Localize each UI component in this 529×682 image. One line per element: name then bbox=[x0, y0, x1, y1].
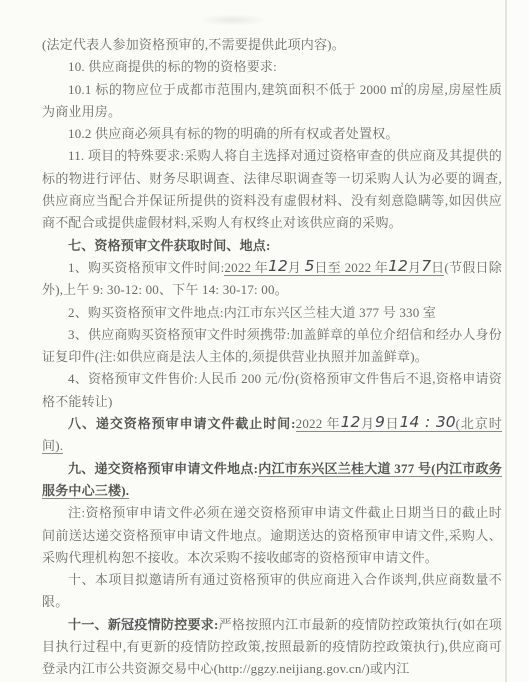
paragraph: 八、递交资格预审申请文件截止时间:2022 年12月9日14 : 30(北京时间… bbox=[42, 413, 502, 458]
text-run: 十一、新冠疫情防控要求: bbox=[68, 617, 219, 632]
paragraph: 十一、新冠疫情防控要求:严格按照内江市最新的疫情防控政策执行(如在项目执行过程中… bbox=[42, 614, 502, 681]
page-edge-line bbox=[505, 0, 507, 682]
text-run: 3、供应商购买资格预审文件时须携带:加盖鲜章的单位介绍信和经办人身份证复印件(注… bbox=[42, 327, 502, 364]
handwritten-text: 7 bbox=[421, 257, 431, 276]
text-run: (法定代表人参加资格预审的,不需要提供此项内容)。 bbox=[42, 37, 345, 52]
text-run: 八、递交资格预审申请文件截止时间: bbox=[68, 416, 296, 431]
text-run: 注:资格预审申请文件必须在递交资格预审申请文件截止日期当日的截止时间前送达递交资… bbox=[42, 505, 502, 565]
scan-background-strip bbox=[507, 0, 529, 682]
paragraph: 3、供应商购买资格预审文件时须携带:加盖鲜章的单位介绍信和经办人身份证复印件(注… bbox=[42, 324, 502, 369]
underlined-text: 日至 2022 年 bbox=[314, 260, 388, 276]
underlined-text: 日 bbox=[431, 260, 444, 276]
text-run: 4、资格预审文件售价:人民币 200 元/份(资格预审文件售后不退,资格申请资格… bbox=[42, 371, 502, 408]
text-run: 2、购买资格预审文件地点:内江市东兴区兰桂大道 377 号 330 室 bbox=[68, 305, 436, 320]
paragraph: 注:资格预审申请文件必须在递交资格预审申请文件截止日期当日的截止时间前送达递交资… bbox=[42, 502, 502, 569]
text-run: 1、购买资格预审文件时间: bbox=[68, 260, 224, 275]
paragraph: 2、购买资格预审文件地点:内江市东兴区兰桂大道 377 号 330 室 bbox=[42, 302, 502, 324]
underlined-text: 2022 年 bbox=[224, 260, 268, 276]
text-run: 10. 供应商提供的标的物的资格要求: bbox=[68, 59, 277, 74]
paragraph: 十、本项目拟邀请所有通过资格预审的供应商进入合作谈判,供应商数量不限。 bbox=[42, 569, 502, 614]
paragraph: (法定代表人参加资格预审的,不需要提供此项内容)。 bbox=[42, 34, 502, 56]
handwritten-text: 12 bbox=[388, 257, 408, 276]
text-run: 10.1 标的物应位于成都市范围内,建筑面积不低于 2000 ㎡的房屋,房屋性质… bbox=[42, 82, 502, 119]
underlined-text: 2022 年 bbox=[296, 416, 341, 432]
text-run: 七、资格预审文件获取时间、地点: bbox=[68, 238, 271, 253]
text-run: 十、本项目拟邀请所有通过资格预审的供应商进入合作谈判,供应商数量不限。 bbox=[42, 572, 502, 609]
text-run: 11. 项目的特殊要求:采购人将自主选择对通过资格审查的供应商及其提供的标的物进… bbox=[42, 148, 502, 230]
paragraph: 10. 供应商提供的标的物的资格要求: bbox=[42, 56, 502, 78]
paragraph: 七、资格预审文件获取时间、地点: bbox=[42, 235, 502, 257]
handwritten-text: 12 bbox=[341, 413, 361, 432]
handwritten-text: 5 bbox=[305, 257, 315, 276]
handwritten-text: 12 bbox=[268, 257, 288, 276]
paragraph: 10.1 标的物应位于成都市范围内,建筑面积不低于 2000 ㎡的房屋,房屋性质… bbox=[42, 79, 502, 124]
paragraph: 4、资格预审文件售价:人民币 200 元/份(资格预审文件售后不退,资格申请资格… bbox=[42, 368, 502, 413]
paragraph: 九、递交资格预审申请文件地点:内江市东兴区兰桂大道 377 号(内江市政务服务中… bbox=[42, 458, 502, 503]
scanned-page: (法定代表人参加资格预审的,不需要提供此项内容)。10. 供应商提供的标的物的资… bbox=[0, 0, 529, 682]
scan-smudge bbox=[198, 14, 268, 26]
underlined-text: 月 bbox=[408, 260, 421, 276]
handwritten-text: 14 : 30 bbox=[400, 413, 456, 432]
handwritten-text: 9 bbox=[375, 413, 385, 432]
document-body: (法定代表人参加资格预审的,不需要提供此项内容)。10. 供应商提供的标的物的资… bbox=[42, 34, 502, 681]
paragraph: 11. 项目的特殊要求:采购人将自主选择对通过资格审查的供应商及其提供的标的物进… bbox=[42, 145, 502, 234]
paragraph: 10.2 供应商必须具有标的物的明确的所有权或者处置权。 bbox=[42, 123, 502, 145]
underlined-text: 日 bbox=[385, 416, 400, 432]
text-run: 九、递交资格预审申请文件地点: bbox=[68, 461, 258, 476]
text-run: 10.2 供应商必须具有标的物的明确的所有权或者处置权。 bbox=[68, 126, 399, 141]
underlined-text: 月 bbox=[360, 416, 375, 432]
underlined-text: 月 bbox=[288, 260, 305, 276]
paragraph: 1、购买资格预审文件时间:2022 年12月 5日至 2022 年12月7日(节… bbox=[42, 257, 502, 302]
